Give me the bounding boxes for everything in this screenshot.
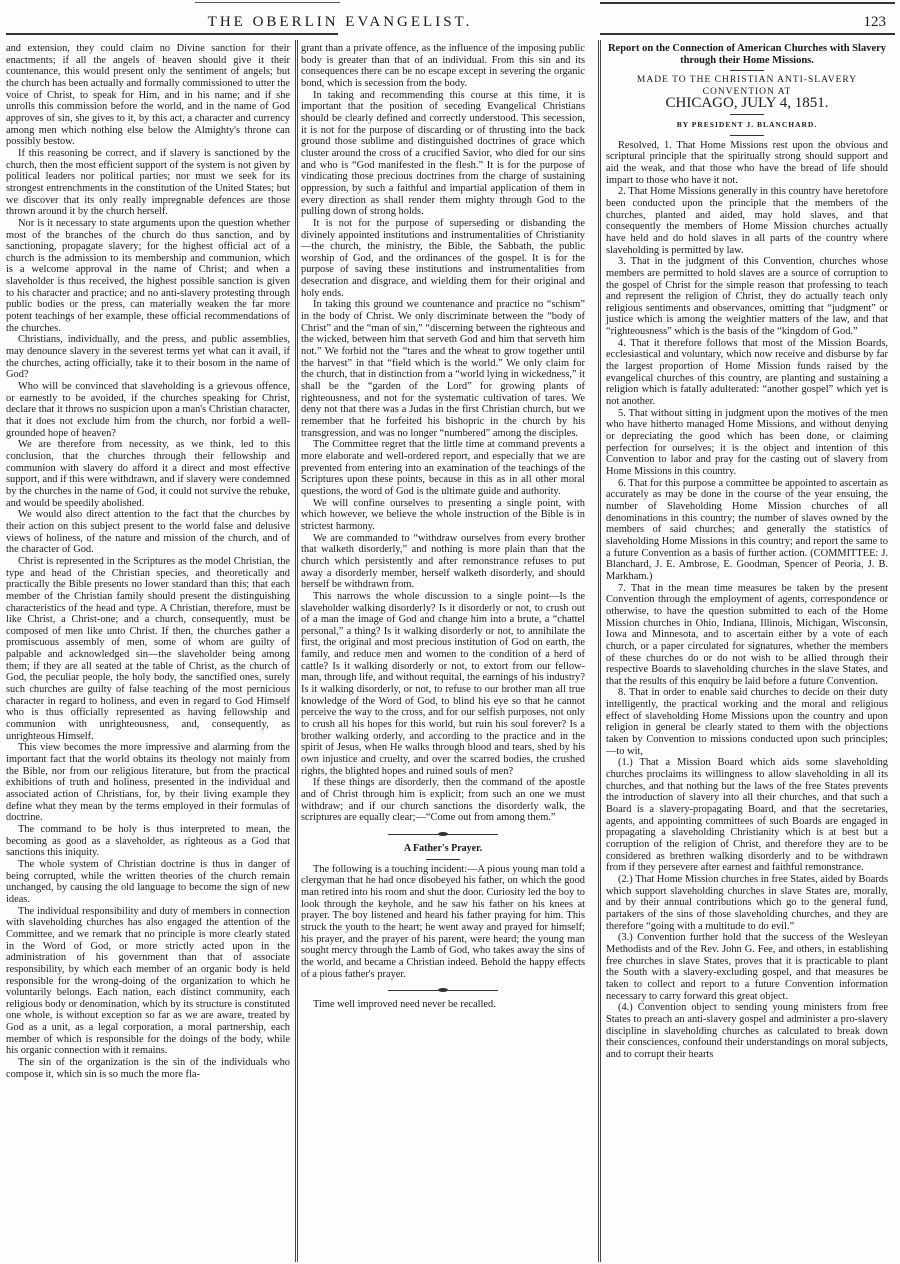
short-divider [730, 70, 764, 71]
paragraph: We are therefore from necessity, as we t… [6, 439, 290, 509]
paragraph: This narrows the whole discussion to a s… [301, 591, 585, 778]
resolution-subitem: (3.) Convention further hold that the su… [606, 932, 888, 1002]
masthead: THE OBERLIN EVANGELIST. 123 [0, 8, 900, 32]
paragraph: We would also direct attention to the fa… [6, 509, 290, 556]
resolution: 6. That for this purpose a committee be … [606, 478, 888, 583]
masthead-rule-right [600, 33, 895, 35]
paragraph: If this reasoning be correct, and if sla… [6, 148, 290, 218]
resolution: 7. That in the mean time measures be tak… [606, 583, 888, 688]
paragraph: The whole system of Christian doctrine i… [6, 859, 290, 906]
newspaper-page: THE OBERLIN EVANGELIST. 123 and extensio… [0, 0, 900, 1264]
paragraph: Nor is it necessary to state arguments u… [6, 218, 290, 335]
resolution-subitem: (2.) That Home Mission churches in free … [606, 874, 888, 932]
paragraph: Christians, individually, and the press,… [6, 334, 290, 381]
paragraph: In taking this ground we countenance and… [301, 299, 585, 439]
paragraph: We will confine ourselves to presenting … [301, 498, 585, 533]
ornamental-divider [388, 990, 498, 991]
short-divider [426, 859, 460, 860]
paragraph: The sin of the organization is the sin o… [6, 1057, 290, 1080]
page-number: 123 [864, 14, 887, 31]
paragraph: Who will be convinced that slaveholding … [6, 381, 290, 439]
paragraph: In taking and recommending this course a… [301, 90, 585, 218]
column-3: Report on the Connection of American Chu… [606, 43, 888, 1060]
paragraph: If these things are disorderly, then the… [301, 777, 585, 824]
column-divider [297, 40, 298, 1262]
short-divider [730, 114, 764, 115]
column-divider [600, 40, 601, 1262]
column-2: grant than a private offence, as the inf… [301, 43, 585, 1011]
resolution: 2. That Home Missions generally in this … [606, 186, 888, 256]
paragraph: It is not for the purpose of superseding… [301, 218, 585, 300]
resolution: 5. That without sitting in judgment upon… [606, 408, 888, 478]
maxim: Time well improved need never be recalle… [301, 999, 585, 1011]
paragraph: The individual responsibility and duty o… [6, 906, 290, 1058]
paragraph: We are commanded to “withdraw ourselves … [301, 533, 585, 591]
resolution: 3. That in the judgment of this Conventi… [606, 256, 888, 338]
paragraph: The Committee regret that the little tim… [301, 439, 585, 497]
article-headline: Report on the Connection of American Chu… [606, 43, 888, 66]
column-divider [598, 40, 599, 1262]
paragraph: and extension, they could claim no Divin… [6, 43, 290, 148]
column-divider [295, 40, 296, 1262]
article-dateline: CHICAGO, JULY 4, 1851. [606, 98, 888, 110]
resolution: Resolved, 1. That Home Missions rest upo… [606, 140, 888, 187]
paragraph: This view becomes the more impressive an… [6, 742, 290, 824]
resolution-subitem: (1.) That a Mission Board which aids som… [606, 757, 888, 874]
paragraph: The following is a touching incident:—A … [301, 864, 585, 981]
short-divider [730, 135, 764, 136]
top-rule-right [600, 2, 895, 4]
column-1: and extension, they could claim no Divin… [6, 43, 290, 1080]
article-byline: BY PRESIDENT J. BLANCHARD. [606, 119, 888, 131]
paragraph: grant than a private offence, as the inf… [301, 43, 585, 90]
top-rule [195, 2, 340, 3]
resolution: 4. That it therefore follows that most o… [606, 338, 888, 408]
paragraph: The command to be holy is thus interpret… [6, 824, 290, 859]
masthead-rule-left [6, 33, 338, 35]
paragraph: Christ is represented in the Scriptures … [6, 556, 290, 743]
newspaper-title: THE OBERLIN EVANGELIST. [170, 14, 510, 31]
resolution: 8. That in order to enable said churches… [606, 687, 888, 757]
resolution-subitem: (4.) Convention object to sending young … [606, 1002, 888, 1060]
ornamental-divider [388, 834, 498, 835]
section-title-fathers-prayer: A Father's Prayer. [301, 843, 585, 855]
